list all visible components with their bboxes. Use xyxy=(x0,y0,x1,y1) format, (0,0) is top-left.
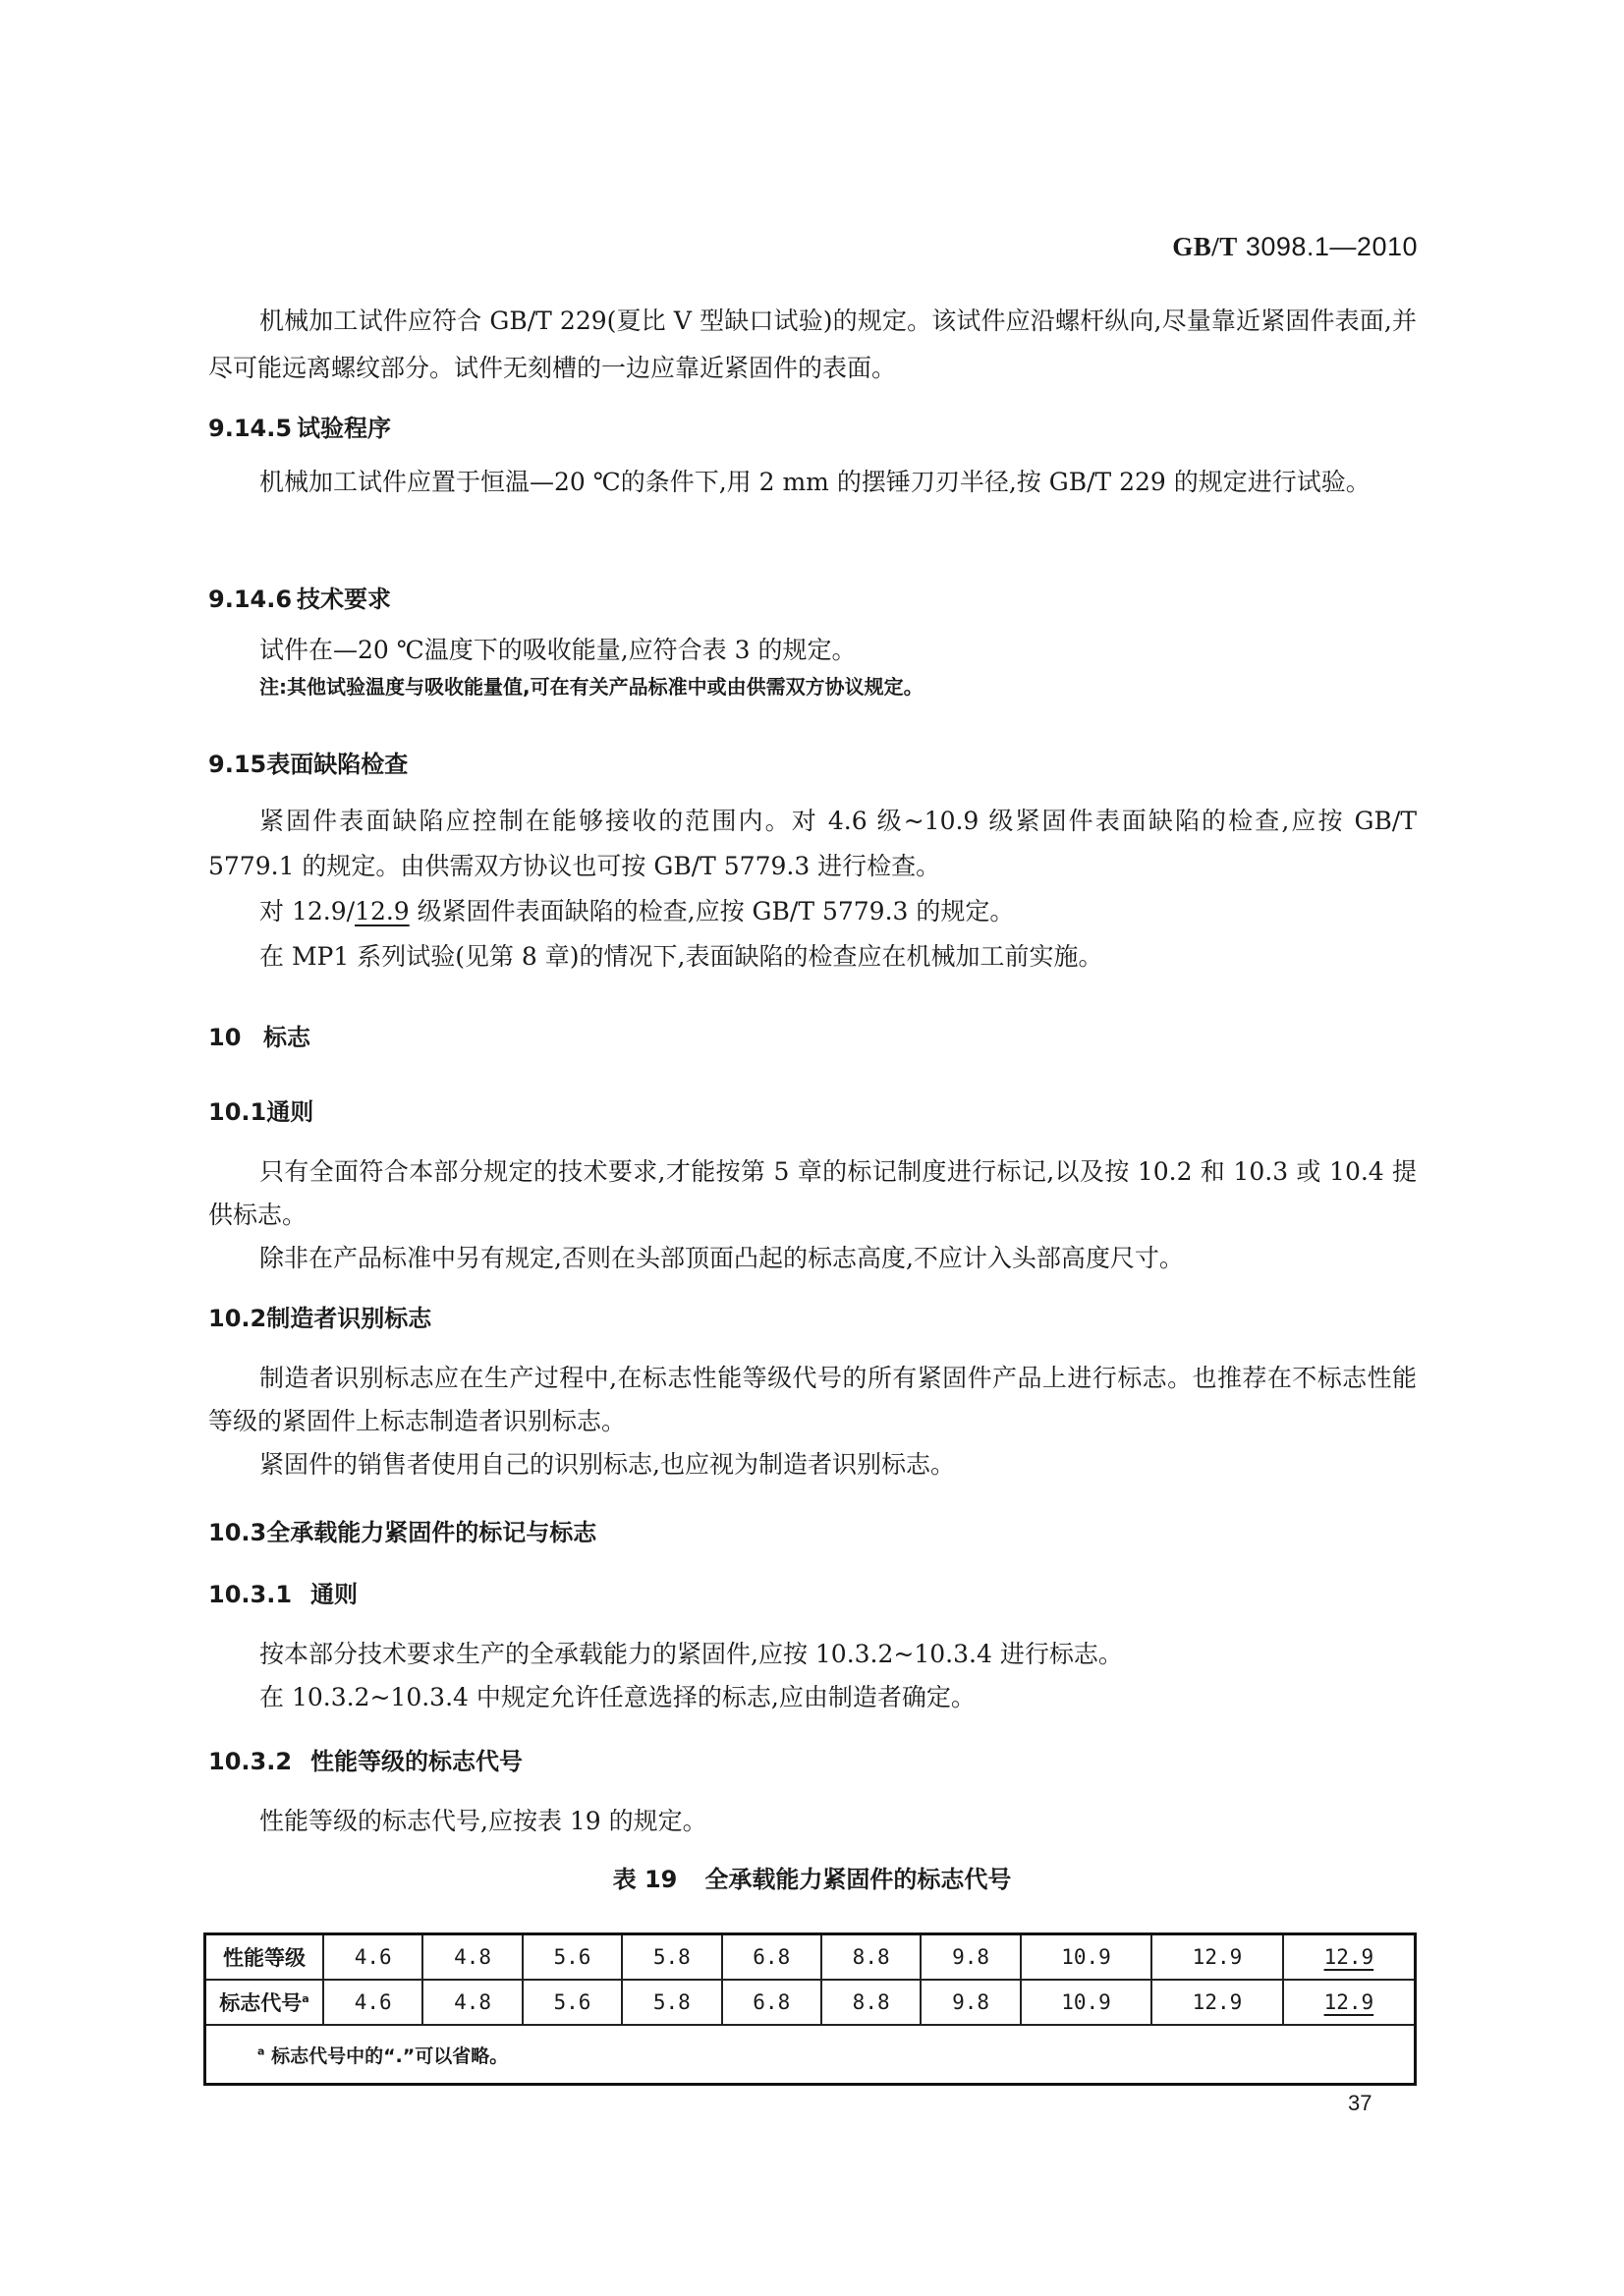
section-title: 通则 xyxy=(266,1098,313,1126)
table-cell: 10.9 xyxy=(1021,1934,1151,1981)
section-heading: 9.14.5试验程序 xyxy=(208,409,1417,443)
section-10-3-2: 10.3.2性能等级的标志代号 性能等级的标志代号,应按表 19 的规定。 xyxy=(208,1742,1417,1843)
underlined-value: 12.9 xyxy=(1324,1945,1374,1969)
table-cell: 5.8 xyxy=(622,1934,721,1981)
section-heading: 9.15表面缺陷检查 xyxy=(208,745,1417,779)
table-footnote: a 标志代号中的“.”可以省略。 xyxy=(205,2025,1416,2085)
table-cell: 10.9 xyxy=(1021,1980,1151,2025)
paragraph: 机械加工试件应符合 GB/T 229(夏比 V 型缺口试验)的规定。该试件应沿螺… xyxy=(208,298,1417,392)
text-span: 对 12.9/ xyxy=(259,897,355,925)
table-cell: 8.8 xyxy=(821,1934,921,1981)
section-10-2: 10.2制造者识别标志 制造者识别标志应在生产过程中,在标志性能等级代号的所有紧… xyxy=(208,1299,1417,1486)
section-number: 9.14.5 xyxy=(208,415,297,442)
section-9-14-5: 9.14.5试验程序 机械加工试件应置于恒温—20 ℃的条件下,用 2 mm 的… xyxy=(208,409,1417,506)
section-9-14-6: 9.14.6技术要求 试件在—20 ℃温度下的吸收能量,应符合表 3 的规定。 … xyxy=(208,580,1417,700)
section-title: 表面缺陷检查 xyxy=(266,751,408,778)
table-row-marking-symbol: 标志代号a 4.6 4.8 5.6 5.8 6.8 8.8 9.8 10.9 1… xyxy=(205,1980,1416,2025)
footnote-marker: a xyxy=(302,1992,308,2005)
table-cell-underlined: 12.9 xyxy=(1283,1980,1416,2025)
section-title: 试验程序 xyxy=(297,415,391,442)
paragraph: 制造者识别标志应在生产过程中,在标志性能等级代号的所有紧固件产品上进行标志。也推… xyxy=(208,1357,1417,1443)
table-cell: 6.8 xyxy=(722,1934,821,1981)
section-title: 技术要求 xyxy=(297,586,391,613)
section-heading: 10.3.2性能等级的标志代号 xyxy=(208,1742,1417,1776)
table-footnote-row: a 标志代号中的“.”可以省略。 xyxy=(205,2025,1416,2085)
table-cell: 6.8 xyxy=(722,1980,821,2025)
section-title: 全承载能力紧固件的标记与标志 xyxy=(266,1519,596,1546)
table-cell: 4.6 xyxy=(323,1980,422,2025)
footnote-text: 标志代号中的“.”可以省略。 xyxy=(271,2045,508,2067)
section-10-3-1: 10.3.1通则 按本部分技术要求生产的全承载能力的紧固件,应按 10.3.2~… xyxy=(208,1575,1417,1719)
section-title: 性能等级的标志代号 xyxy=(310,1748,523,1775)
section-heading: 9.14.6技术要求 xyxy=(208,580,1417,614)
section-title: 制造者识别标志 xyxy=(266,1305,431,1332)
table-number: 表 19 xyxy=(613,1866,678,1893)
table-cell: 8.8 xyxy=(821,1980,921,2025)
section-number: 9.15 xyxy=(208,751,266,778)
marking-symbols-table: 性能等级 4.6 4.8 5.6 5.8 6.8 8.8 9.8 10.9 12… xyxy=(203,1932,1417,2086)
table-cell: 4.6 xyxy=(323,1934,422,1981)
standard-code: GB/T 3098.1—2010 xyxy=(1172,232,1418,262)
chapter-heading: 10标志 xyxy=(208,1018,1417,1052)
section-heading: 10.3全承载能力紧固件的标记与标志 xyxy=(208,1513,1417,1547)
page-number: 37 xyxy=(1348,2091,1372,2116)
section-number: 10.3.2 xyxy=(208,1748,310,1775)
table-title: 表 19全承载能力紧固件的标志代号 xyxy=(0,1860,1624,1894)
table-row-property-class: 性能等级 4.6 4.8 5.6 5.8 6.8 8.8 9.8 10.9 12… xyxy=(205,1934,1416,1981)
paragraph: 机械加工试件应置于恒温—20 ℃的条件下,用 2 mm 的摆锤刀刃半径,按 GB… xyxy=(208,459,1417,506)
row-header-text: 标志代号 xyxy=(219,1991,302,2015)
footnote-marker: a xyxy=(257,2044,264,2057)
section-10-1: 10.1通则 只有全面符合本部分规定的技术要求,才能按第 5 章的标记制度进行标… xyxy=(208,1092,1417,1280)
row-header: 标志代号a xyxy=(205,1980,324,2025)
paragraph: 在 10.3.2~10.3.4 中规定允许任意选择的标志,应由制造者确定。 xyxy=(208,1676,1417,1719)
table-cell: 5.6 xyxy=(523,1934,622,1981)
standard-number: 3098.1—2010 xyxy=(1246,232,1418,261)
text-span: 级紧固件表面缺陷的检查,应按 GB/T 5779.3 的规定。 xyxy=(410,897,1015,925)
paragraph: 只有全面符合本部分规定的技术要求,才能按第 5 章的标记制度进行标记,以及按 1… xyxy=(208,1150,1417,1237)
section-title: 通则 xyxy=(310,1581,358,1608)
table-cell: 4.8 xyxy=(422,1934,522,1981)
section-9-14-4-continued: 机械加工试件应符合 GB/T 229(夏比 V 型缺口试验)的规定。该试件应沿螺… xyxy=(208,298,1417,392)
section-number: 10.1 xyxy=(208,1098,266,1126)
section-title: 标志 xyxy=(263,1024,310,1051)
row-header: 性能等级 xyxy=(205,1934,324,1981)
table-cell: 12.9 xyxy=(1151,1934,1282,1981)
document-page: GB/T 3098.1—2010 机械加工试件应符合 GB/T 229(夏比 V… xyxy=(0,0,1624,2296)
standard-prefix: GB/T xyxy=(1172,232,1238,261)
section-10-3: 10.3全承载能力紧固件的标记与标志 xyxy=(208,1513,1417,1547)
section-number: 10 xyxy=(208,1024,263,1051)
table-cell: 4.8 xyxy=(422,1980,522,2025)
table-cell: 9.8 xyxy=(921,1980,1020,2025)
table-caption: 全承载能力紧固件的标志代号 xyxy=(704,1866,1011,1893)
section-number: 10.3 xyxy=(208,1519,266,1546)
section-number: 10.2 xyxy=(208,1305,266,1332)
paragraph: 紧固件的销售者使用自己的识别标志,也应视为制造者识别标志。 xyxy=(208,1443,1417,1486)
paragraph: 在 MP1 系列试验(见第 8 章)的情况下,表面缺陷的检查应在机械加工前实施。 xyxy=(208,934,1417,980)
paragraph: 紧固件表面缺陷应控制在能够接收的范围内。对 4.6 级~10.9 级紧固件表面缺… xyxy=(208,799,1417,889)
underlined-value: 12.9 xyxy=(1324,1990,1374,2014)
table-cell: 5.6 xyxy=(523,1980,622,2025)
paragraph: 试件在—20 ℃温度下的吸收能量,应符合表 3 的规定。 xyxy=(208,630,1417,671)
table-cell: 12.9 xyxy=(1151,1980,1282,2025)
table-cell: 5.8 xyxy=(622,1980,721,2025)
table-cell-underlined: 12.9 xyxy=(1283,1934,1416,1981)
underlined-grade: 12.9 xyxy=(355,897,410,925)
paragraph: 按本部分技术要求生产的全承载能力的紧固件,应按 10.3.2~10.3.4 进行… xyxy=(208,1633,1417,1676)
paragraph: 除非在产品标准中另有规定,否则在头部顶面凸起的标志高度,不应计入头部高度尺寸。 xyxy=(208,1237,1417,1280)
note: 注:其他试验温度与吸收能量值,可在有关产品标准中或由供需双方协议规定。 xyxy=(208,671,1417,700)
section-9-15: 9.15表面缺陷检查 紧固件表面缺陷应控制在能够接收的范围内。对 4.6 级~1… xyxy=(208,745,1417,980)
section-number: 9.14.6 xyxy=(208,586,297,613)
section-heading: 10.2制造者识别标志 xyxy=(208,1299,1417,1333)
section-heading: 10.3.1通则 xyxy=(208,1575,1417,1609)
paragraph: 性能等级的标志代号,应按表 19 的规定。 xyxy=(208,1800,1417,1843)
table-cell: 9.8 xyxy=(921,1934,1020,1981)
section-heading: 10.1通则 xyxy=(208,1092,1417,1127)
section-number: 10.3.1 xyxy=(208,1581,310,1608)
section-10: 10标志 xyxy=(208,1018,1417,1052)
paragraph: 对 12.9/12.9 级紧固件表面缺陷的检查,应按 GB/T 5779.3 的… xyxy=(208,889,1417,934)
